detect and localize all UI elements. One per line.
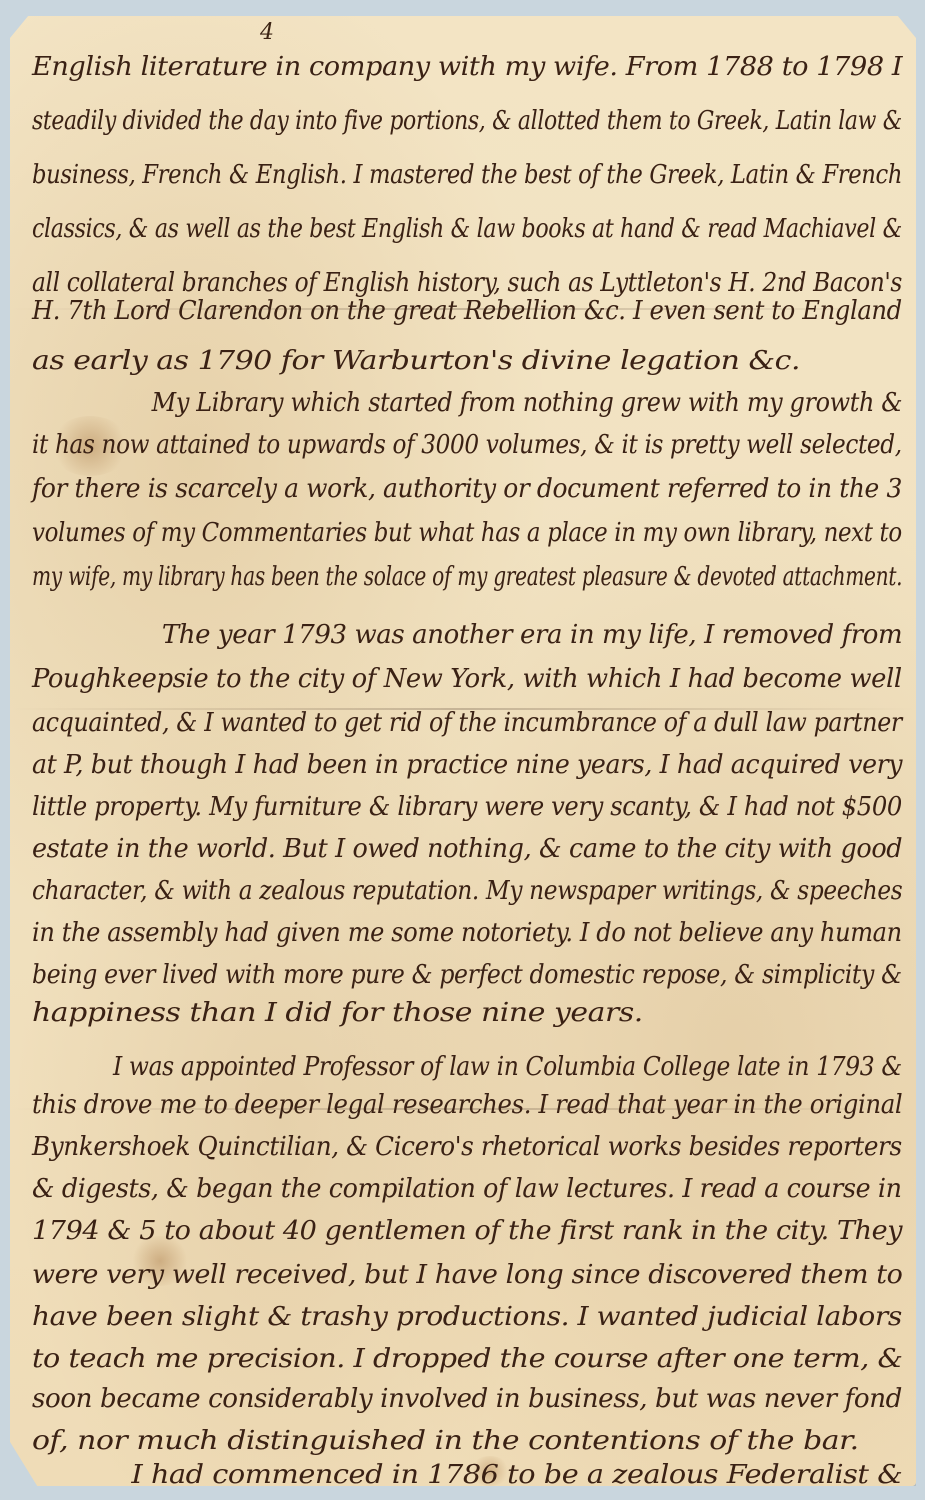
manuscript-page: 4 English literature in company with my …	[10, 16, 916, 1486]
text-line: have been slight & trashy productions. I…	[32, 1302, 902, 1332]
text-line: I was appointed Professor of law in Colu…	[32, 1052, 902, 1082]
text-line: my wife, my library has been the solace …	[32, 562, 902, 592]
text-line: little property. My furniture & library …	[32, 792, 902, 822]
text-line: I had commenced in 1786 to be a zealous …	[32, 1460, 902, 1490]
text-line: happiness than I did for those nine year…	[32, 998, 643, 1028]
text-line: business, French & English. I mastered t…	[32, 160, 902, 190]
text-line: at P, but though I had been in practice …	[32, 750, 902, 780]
text-line: this drove me to deeper legal researches…	[32, 1090, 902, 1120]
text-line: volumes of my Commentaries but what has …	[32, 518, 902, 548]
text-line: My Library which started from nothing gr…	[32, 388, 902, 418]
text-line: being ever lived with more pure & perfec…	[32, 960, 902, 990]
text-line: for there is scarcely a work, authority …	[32, 474, 902, 504]
text-line: acquainted, & I wanted to get rid of the…	[32, 708, 902, 738]
text-line: in the assembly had given me some notori…	[32, 918, 902, 948]
text-line: it has now attained to upwards of 3000 v…	[32, 430, 902, 460]
text-line: H. 7th Lord Clarendon on the great Rebel…	[32, 296, 902, 326]
text-line: Poughkeepsie to the city of New York, wi…	[32, 664, 902, 694]
text-line: & digests, & began the compilation of la…	[32, 1174, 902, 1204]
text-line: Bynkershoek Quinctilian, & Cicero's rhet…	[32, 1132, 902, 1162]
text-line: English literature in company with my wi…	[32, 52, 902, 82]
text-line: estate in the world. But I owed nothing,…	[32, 834, 902, 864]
text-line: character, & with a zealous reputation. …	[32, 876, 902, 906]
text-line: as early as 1790 for Warburton's divine …	[32, 346, 800, 376]
text-line: The year 1793 was another era in my life…	[32, 620, 902, 650]
text-line: all collateral branches of English histo…	[32, 268, 902, 298]
text-line: steadily divided the day into five porti…	[32, 106, 902, 136]
text-line: soon became considerably involved in bus…	[32, 1384, 902, 1414]
text-line: to teach me precision. I dropped the cou…	[32, 1344, 903, 1374]
text-line: classics, & as well as the best English …	[32, 214, 902, 244]
page-number: 4	[260, 20, 274, 45]
text-line: 1794 & 5 to about 40 gentlemen of the fi…	[32, 1216, 902, 1246]
text-line: of, nor much distinguished in the conten…	[32, 1426, 859, 1456]
text-line: were very well received, but I have long…	[32, 1260, 902, 1290]
